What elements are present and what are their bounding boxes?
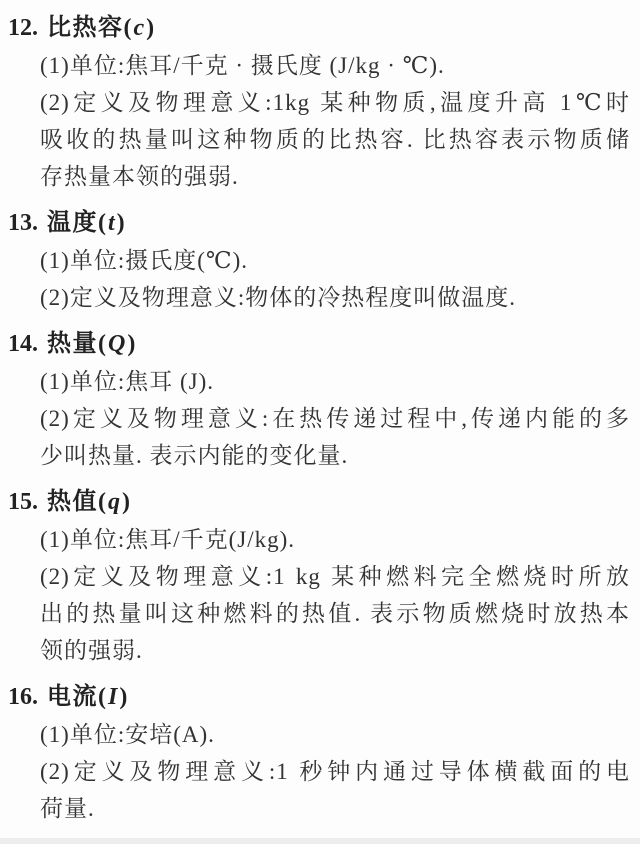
unit-line: (1)单位:焦耳 (J).	[40, 363, 630, 400]
section-title: 电流	[47, 684, 98, 710]
definition-line: (2)定义及物理意义:在热传递过程中,传递内能的多	[40, 400, 630, 437]
definition-line: (2)定义及物理意义:1 秒钟内通过导体横截面的电	[40, 753, 630, 790]
section-title: 比热容	[47, 15, 124, 41]
section-heading: 12.比热容(c)	[8, 10, 630, 47]
unit-line: (1)单位:焦耳/千克 · 摄氏度 (J/kg · ℃).	[40, 47, 630, 84]
quantity-symbol: I	[106, 684, 119, 710]
quantity-symbol: Q	[106, 331, 127, 357]
section-heading: 14.热量(Q)	[8, 326, 630, 363]
section-title: 热量	[47, 331, 98, 357]
section-heat-quantity: 14.热量(Q) (1)单位:焦耳 (J). (2)定义及物理意义:在热传递过程…	[8, 326, 630, 474]
section-temperature: 13.温度(t) (1)单位:摄氏度(℃). (2)定义及物理意义:物体的冷热程…	[8, 205, 630, 316]
section-number: 16.	[8, 684, 38, 710]
quantity-symbol: q	[106, 489, 122, 515]
paren-open: (	[98, 331, 106, 357]
definition-continuation-line: 出的热量叫这种燃料的热值. 表示物质燃烧时放热本	[40, 595, 630, 632]
section-number: 15.	[8, 489, 38, 515]
section-electric-current: 16.电流(I) (1)单位:安培(A). (2)定义及物理意义:1 秒钟内通过…	[8, 679, 630, 827]
section-heating-value: 15.热值(q) (1)单位:焦耳/千克(J/kg). (2)定义及物理意义:1…	[8, 484, 630, 669]
definition-end-line: 领的强弱.	[40, 632, 630, 669]
section-heading: 15.热值(q)	[8, 484, 630, 521]
definition-end-line: 存热量本领的强弱.	[40, 158, 630, 195]
paren-close: )	[127, 331, 135, 357]
section-number: 12.	[8, 15, 38, 41]
section-title: 热值	[47, 489, 98, 515]
paren-close: )	[117, 210, 125, 236]
section-title: 温度	[47, 210, 98, 236]
unit-line: (1)单位:焦耳/千克(J/kg).	[40, 521, 630, 558]
page-bottom-edge	[0, 838, 640, 844]
paren-close: )	[122, 489, 130, 515]
unit-line: (1)单位:安培(A).	[40, 716, 630, 753]
definition-line: (2)定义及物理意义:物体的冷热程度叫做温度.	[40, 279, 630, 316]
definition-end-line: 荷量.	[40, 790, 630, 827]
section-number: 14.	[8, 331, 38, 357]
unit-line: (1)单位:摄氏度(℃).	[40, 242, 630, 279]
quantity-symbol: c	[132, 15, 147, 41]
quantity-symbol: t	[106, 210, 117, 236]
paren-open: (	[124, 15, 132, 41]
paren-open: (	[98, 210, 106, 236]
paren-close: )	[146, 15, 154, 41]
section-specific-heat: 12.比热容(c) (1)单位:焦耳/千克 · 摄氏度 (J/kg · ℃). …	[8, 10, 630, 195]
section-heading: 13.温度(t)	[8, 205, 630, 242]
definition-line: (2)定义及物理意义:1kg 某种物质,温度升高 1℃时	[40, 84, 630, 121]
definition-line: (2)定义及物理意义:1 kg 某种燃料完全燃烧时所放	[40, 558, 630, 595]
paren-close: )	[119, 684, 127, 710]
paren-open: (	[98, 684, 106, 710]
definition-end-line: 少叫热量. 表示内能的变化量.	[40, 437, 630, 474]
section-heading: 16.电流(I)	[8, 679, 630, 716]
paren-open: (	[98, 489, 106, 515]
section-number: 13.	[8, 210, 38, 236]
document-page: 12.比热容(c) (1)单位:焦耳/千克 · 摄氏度 (J/kg · ℃). …	[0, 0, 640, 844]
definition-continuation-line: 吸收的热量叫这种物质的比热容. 比热容表示物质储	[40, 121, 630, 158]
